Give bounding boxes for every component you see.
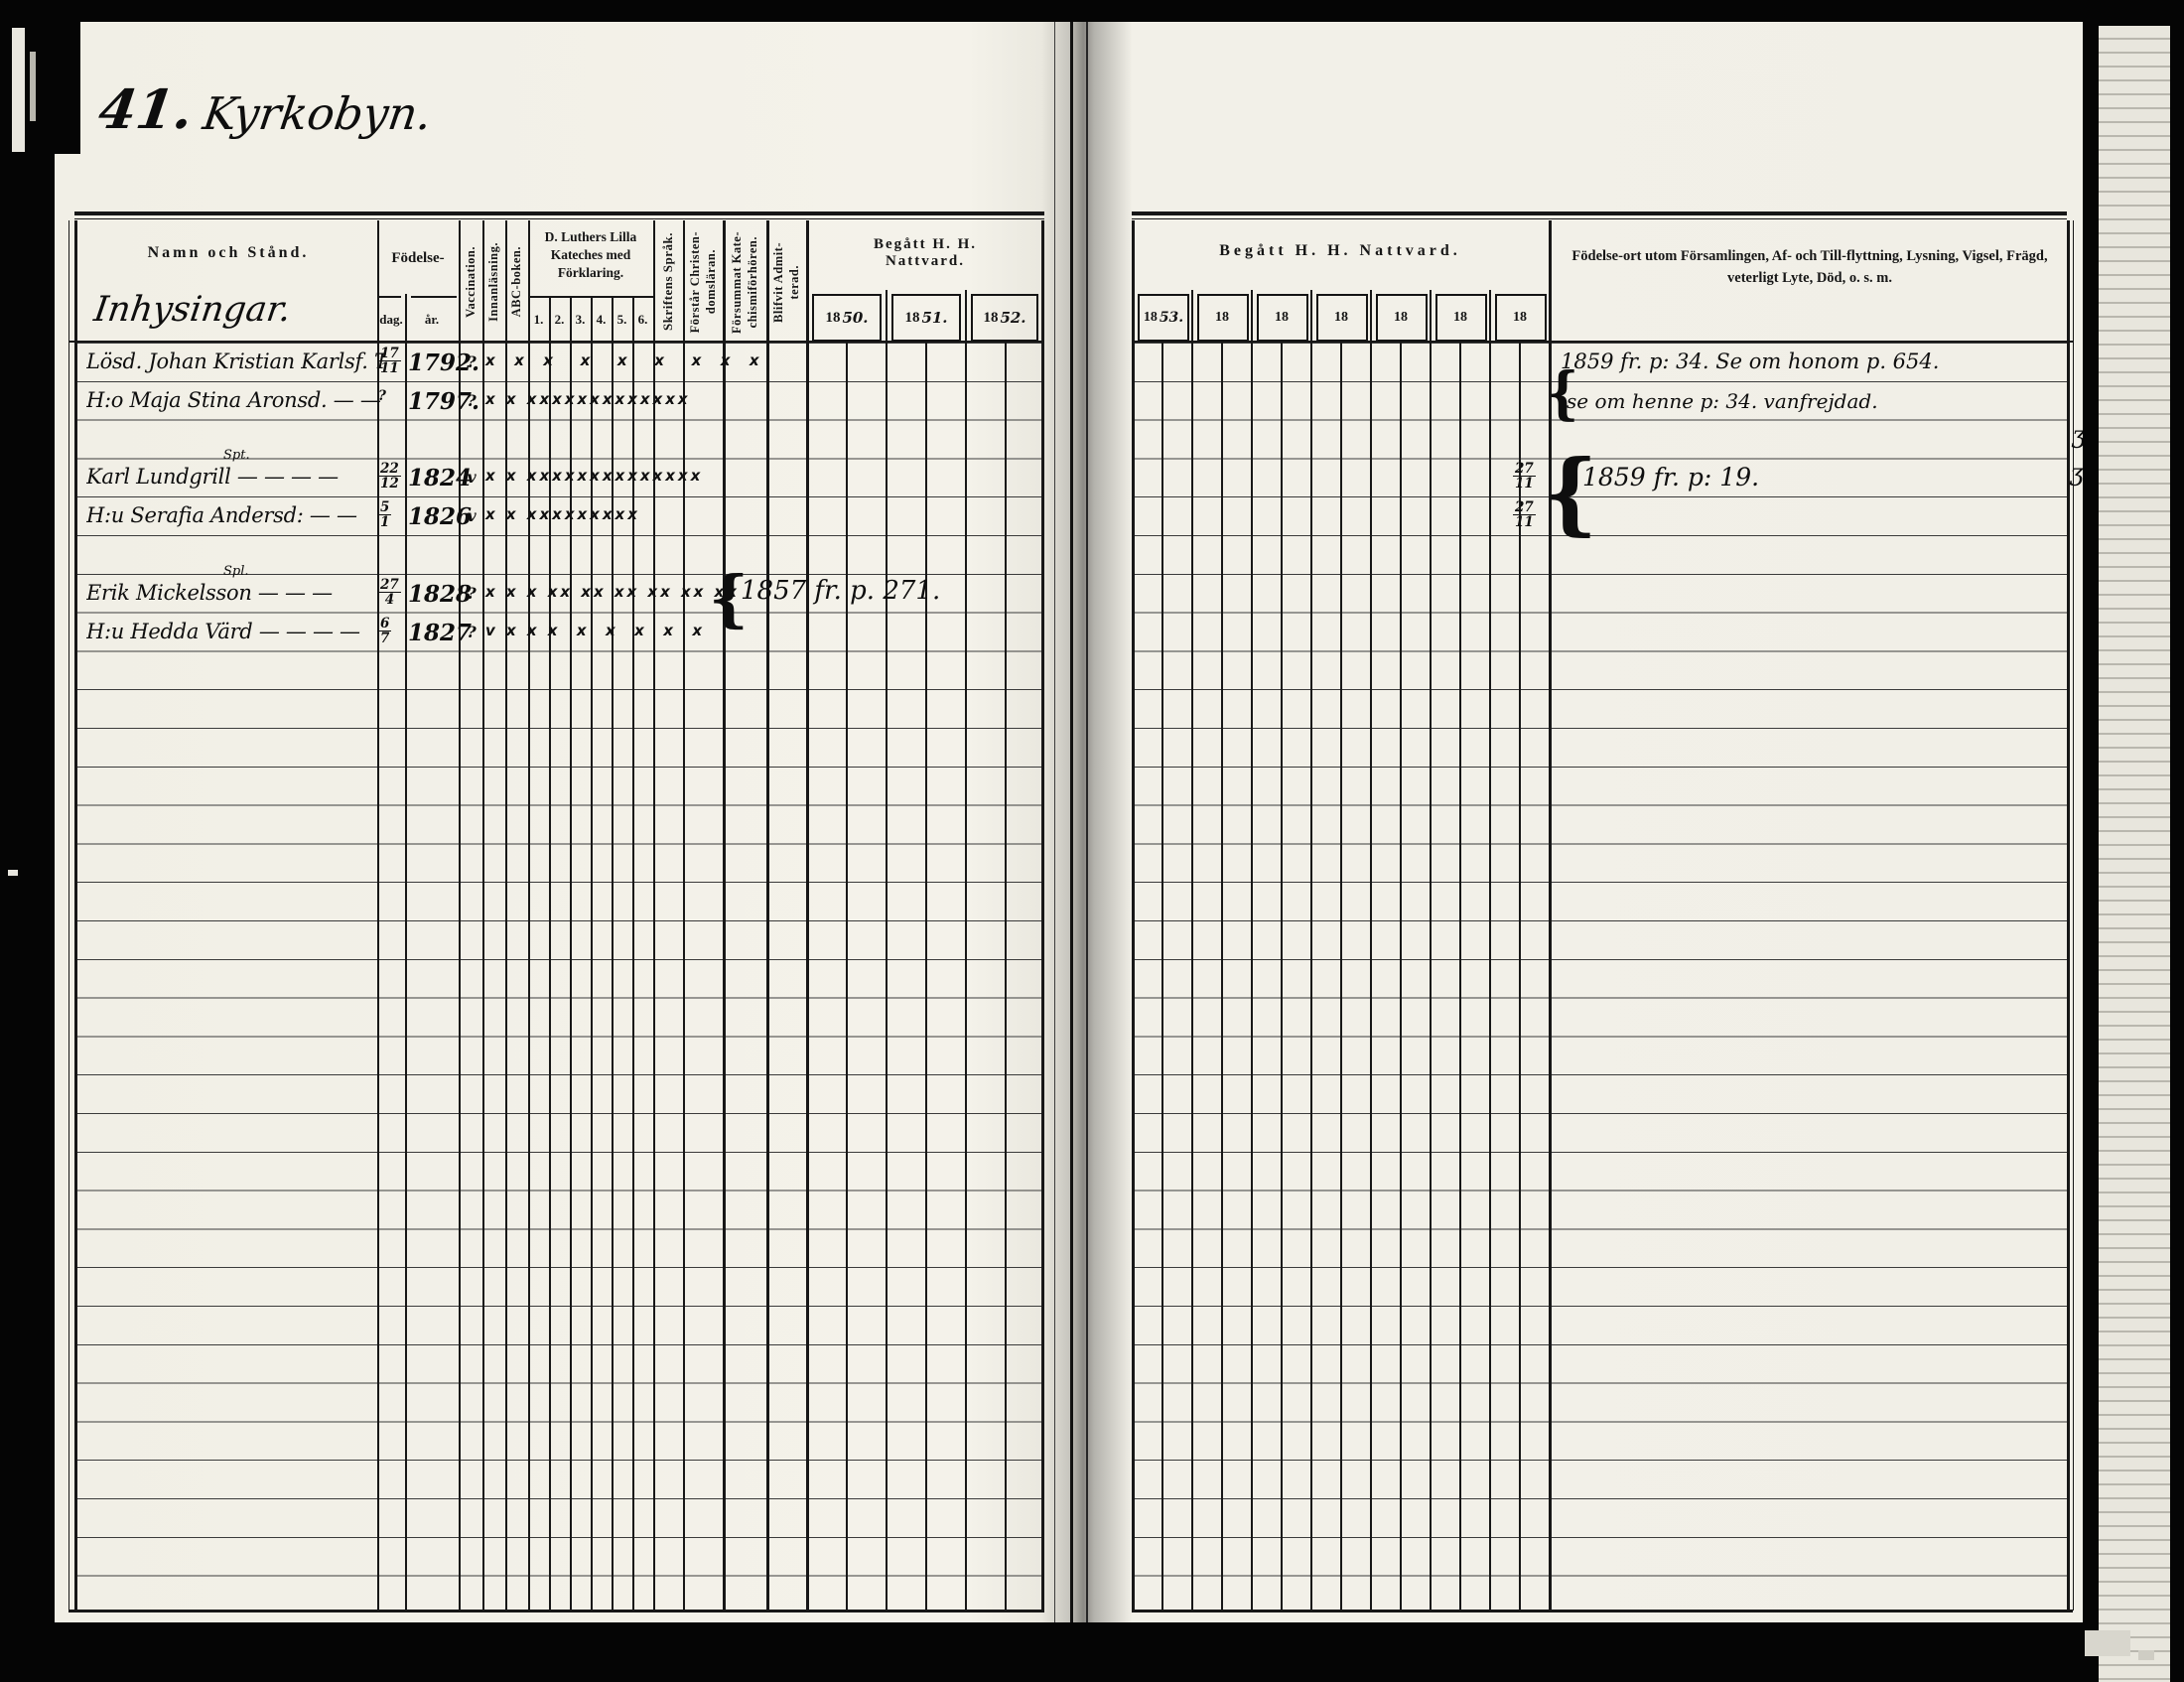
grid-vline — [570, 296, 572, 1611]
note-rows34: 1859 fr. p: 19. — [1582, 463, 1759, 491]
grid-vline — [591, 296, 593, 1611]
grid-vline — [1370, 290, 1372, 1611]
year-cell-18: 18 — [1376, 294, 1428, 342]
grid-vline — [505, 220, 507, 1611]
col-header-forstar-christendomslaran: Förstår Christen-domsläran. — [683, 222, 723, 342]
scan-edge-far-right — [2170, 0, 2184, 1682]
grid-vline — [549, 296, 551, 1611]
year-cell-18: 18 — [1257, 294, 1308, 342]
year-cell-1853: 1853. — [1138, 294, 1189, 342]
year-cell-18: 18 — [1435, 294, 1487, 342]
note-row1: 1859 fr. p: 34. Se om honom p. 654. — [1561, 350, 1939, 373]
scan-edge-top — [0, 0, 2184, 22]
grid-vline — [68, 220, 69, 1611]
grid-vline — [1400, 343, 1402, 1611]
note-row2: se om henne p: 34. vanfrejdad. — [1567, 389, 1878, 413]
grid-vline — [1132, 220, 1135, 1611]
year-cell-1852: 1852. — [971, 294, 1038, 342]
col-header-begatt-nattvard-right: Begått H. H. Nattvard. — [1132, 242, 1549, 260]
year-cell-1851: 1851. — [891, 294, 961, 342]
grid-vline — [806, 220, 809, 1611]
group-label-handwritten: Inhysingar. — [94, 290, 291, 330]
col-header-begatt-nattvard-left: Begått H. H. Nattvard. — [806, 236, 1044, 270]
col-header-blifvit-admitterad: Blifvit Admit-terad. — [766, 222, 806, 342]
year-cell-18: 18 — [1316, 294, 1368, 342]
grid-vline — [886, 290, 887, 1611]
grid-vline — [683, 220, 685, 1611]
scanned-ledger-page: 41. Kyrkobyn. Namn och Stånd. Inhysingar… — [0, 0, 2184, 1682]
col-header-ar: år. — [405, 312, 459, 328]
grid-vline — [1161, 343, 1163, 1611]
kateches-col-2: 2. — [549, 312, 570, 328]
table-top-rule — [1132, 211, 2067, 215]
table-top-rule-thin — [74, 218, 1044, 219]
grid-vline — [766, 220, 769, 1611]
year-cell-18: 18 — [1197, 294, 1249, 342]
gutter-line — [1054, 22, 1055, 1622]
grid-vline — [632, 296, 634, 1611]
grid-vline — [1489, 290, 1491, 1611]
grid-vline — [723, 220, 726, 1611]
brace: { — [1543, 440, 1597, 545]
grid-vline — [1221, 343, 1223, 1611]
page-title-number: 41. — [99, 77, 193, 141]
scan-corner-topleft — [55, 22, 80, 154]
gutter-line — [1070, 22, 1073, 1622]
grid-vline — [653, 220, 655, 1611]
grid-vline — [1041, 220, 1044, 1611]
kateches-col-3: 3. — [570, 312, 591, 328]
grid-vline — [405, 294, 407, 1611]
grid-vline — [2067, 220, 2070, 1611]
header-divider — [379, 296, 401, 298]
grid-vline — [1459, 343, 1461, 1611]
grid-vline — [1005, 343, 1007, 1611]
scan-streak — [8, 870, 18, 876]
gutter-line — [1086, 22, 1088, 1622]
kateches-col-6: 6. — [632, 312, 653, 328]
year-cell-1850: 1850. — [812, 294, 882, 342]
col-header-innanlasning: Innanläsning. — [482, 222, 505, 342]
grid-vline — [1430, 290, 1432, 1611]
grid-vline — [1549, 220, 1552, 1611]
col-header-notes: Födelse-ort utom Församlingen, Af- och T… — [1567, 246, 2053, 290]
scan-streak — [30, 52, 36, 121]
grid-vline — [1519, 343, 1521, 1611]
grid-vline — [459, 220, 461, 1611]
strip-top-black — [2099, 0, 2170, 26]
grid-vline — [482, 220, 484, 1611]
col-header-vaccination: Vaccination. — [459, 222, 482, 342]
adjacent-page-edge-strip — [2099, 26, 2170, 1682]
edge-scribble: ʒ — [2070, 459, 2084, 487]
col-header-skriftens-sprak: Skriftens Språk. — [653, 222, 683, 342]
grid-vline — [1340, 343, 1342, 1611]
scan-edge-bottom — [0, 1622, 2184, 1682]
grid-vline — [1281, 343, 1283, 1611]
grid-vline — [1191, 290, 1193, 1611]
scan-speckle — [2085, 1630, 2130, 1656]
year-cell-18: 18 — [1495, 294, 1547, 342]
col-header-namn-och-stand: Namn och Stånd. — [84, 244, 372, 262]
scan-edge-left — [0, 0, 55, 1682]
grid-vline — [377, 220, 379, 1611]
note-rows56-left: 1857 fr. p. 271. — [741, 576, 940, 606]
grid-vline — [846, 343, 848, 1611]
grid-vline — [74, 220, 77, 1611]
nattvard-date-entry: 2711 — [1513, 462, 1536, 491]
scan-speckle — [2138, 1650, 2154, 1660]
grid-vline — [612, 296, 614, 1611]
header-divider — [528, 296, 653, 298]
grid-vline — [1251, 290, 1253, 1611]
row-lines — [74, 343, 1041, 1611]
col-header-forsummat-katechismiforhoren: Försummat Kate-chismiförhören. — [723, 222, 766, 342]
row-lines — [1132, 343, 2067, 1611]
scan-streak — [12, 28, 25, 152]
col-header-fodelse: Födelse- — [377, 250, 459, 267]
grid-vline — [1310, 290, 1312, 1611]
grid-vline — [528, 220, 530, 1611]
col-header-abc-boken: ABC-boken. — [505, 222, 528, 342]
nattvard-date-entry: 2711 — [1513, 500, 1536, 529]
col-header-dag: dag. — [377, 312, 405, 328]
grid-vline — [925, 343, 927, 1611]
kateches-col-4: 4. — [591, 312, 612, 328]
kateches-col-5: 5. — [612, 312, 632, 328]
table-top-rule-thin — [1132, 218, 2067, 219]
table-top-rule — [74, 211, 1044, 215]
kateches-col-1: 1. — [528, 312, 549, 328]
col-header-kateches: D. Luthers Lilla Kateches med Förklaring… — [530, 228, 651, 283]
page-title: Kyrkobyn. — [204, 87, 432, 140]
grid-vline — [965, 290, 967, 1611]
header-divider — [411, 296, 457, 298]
